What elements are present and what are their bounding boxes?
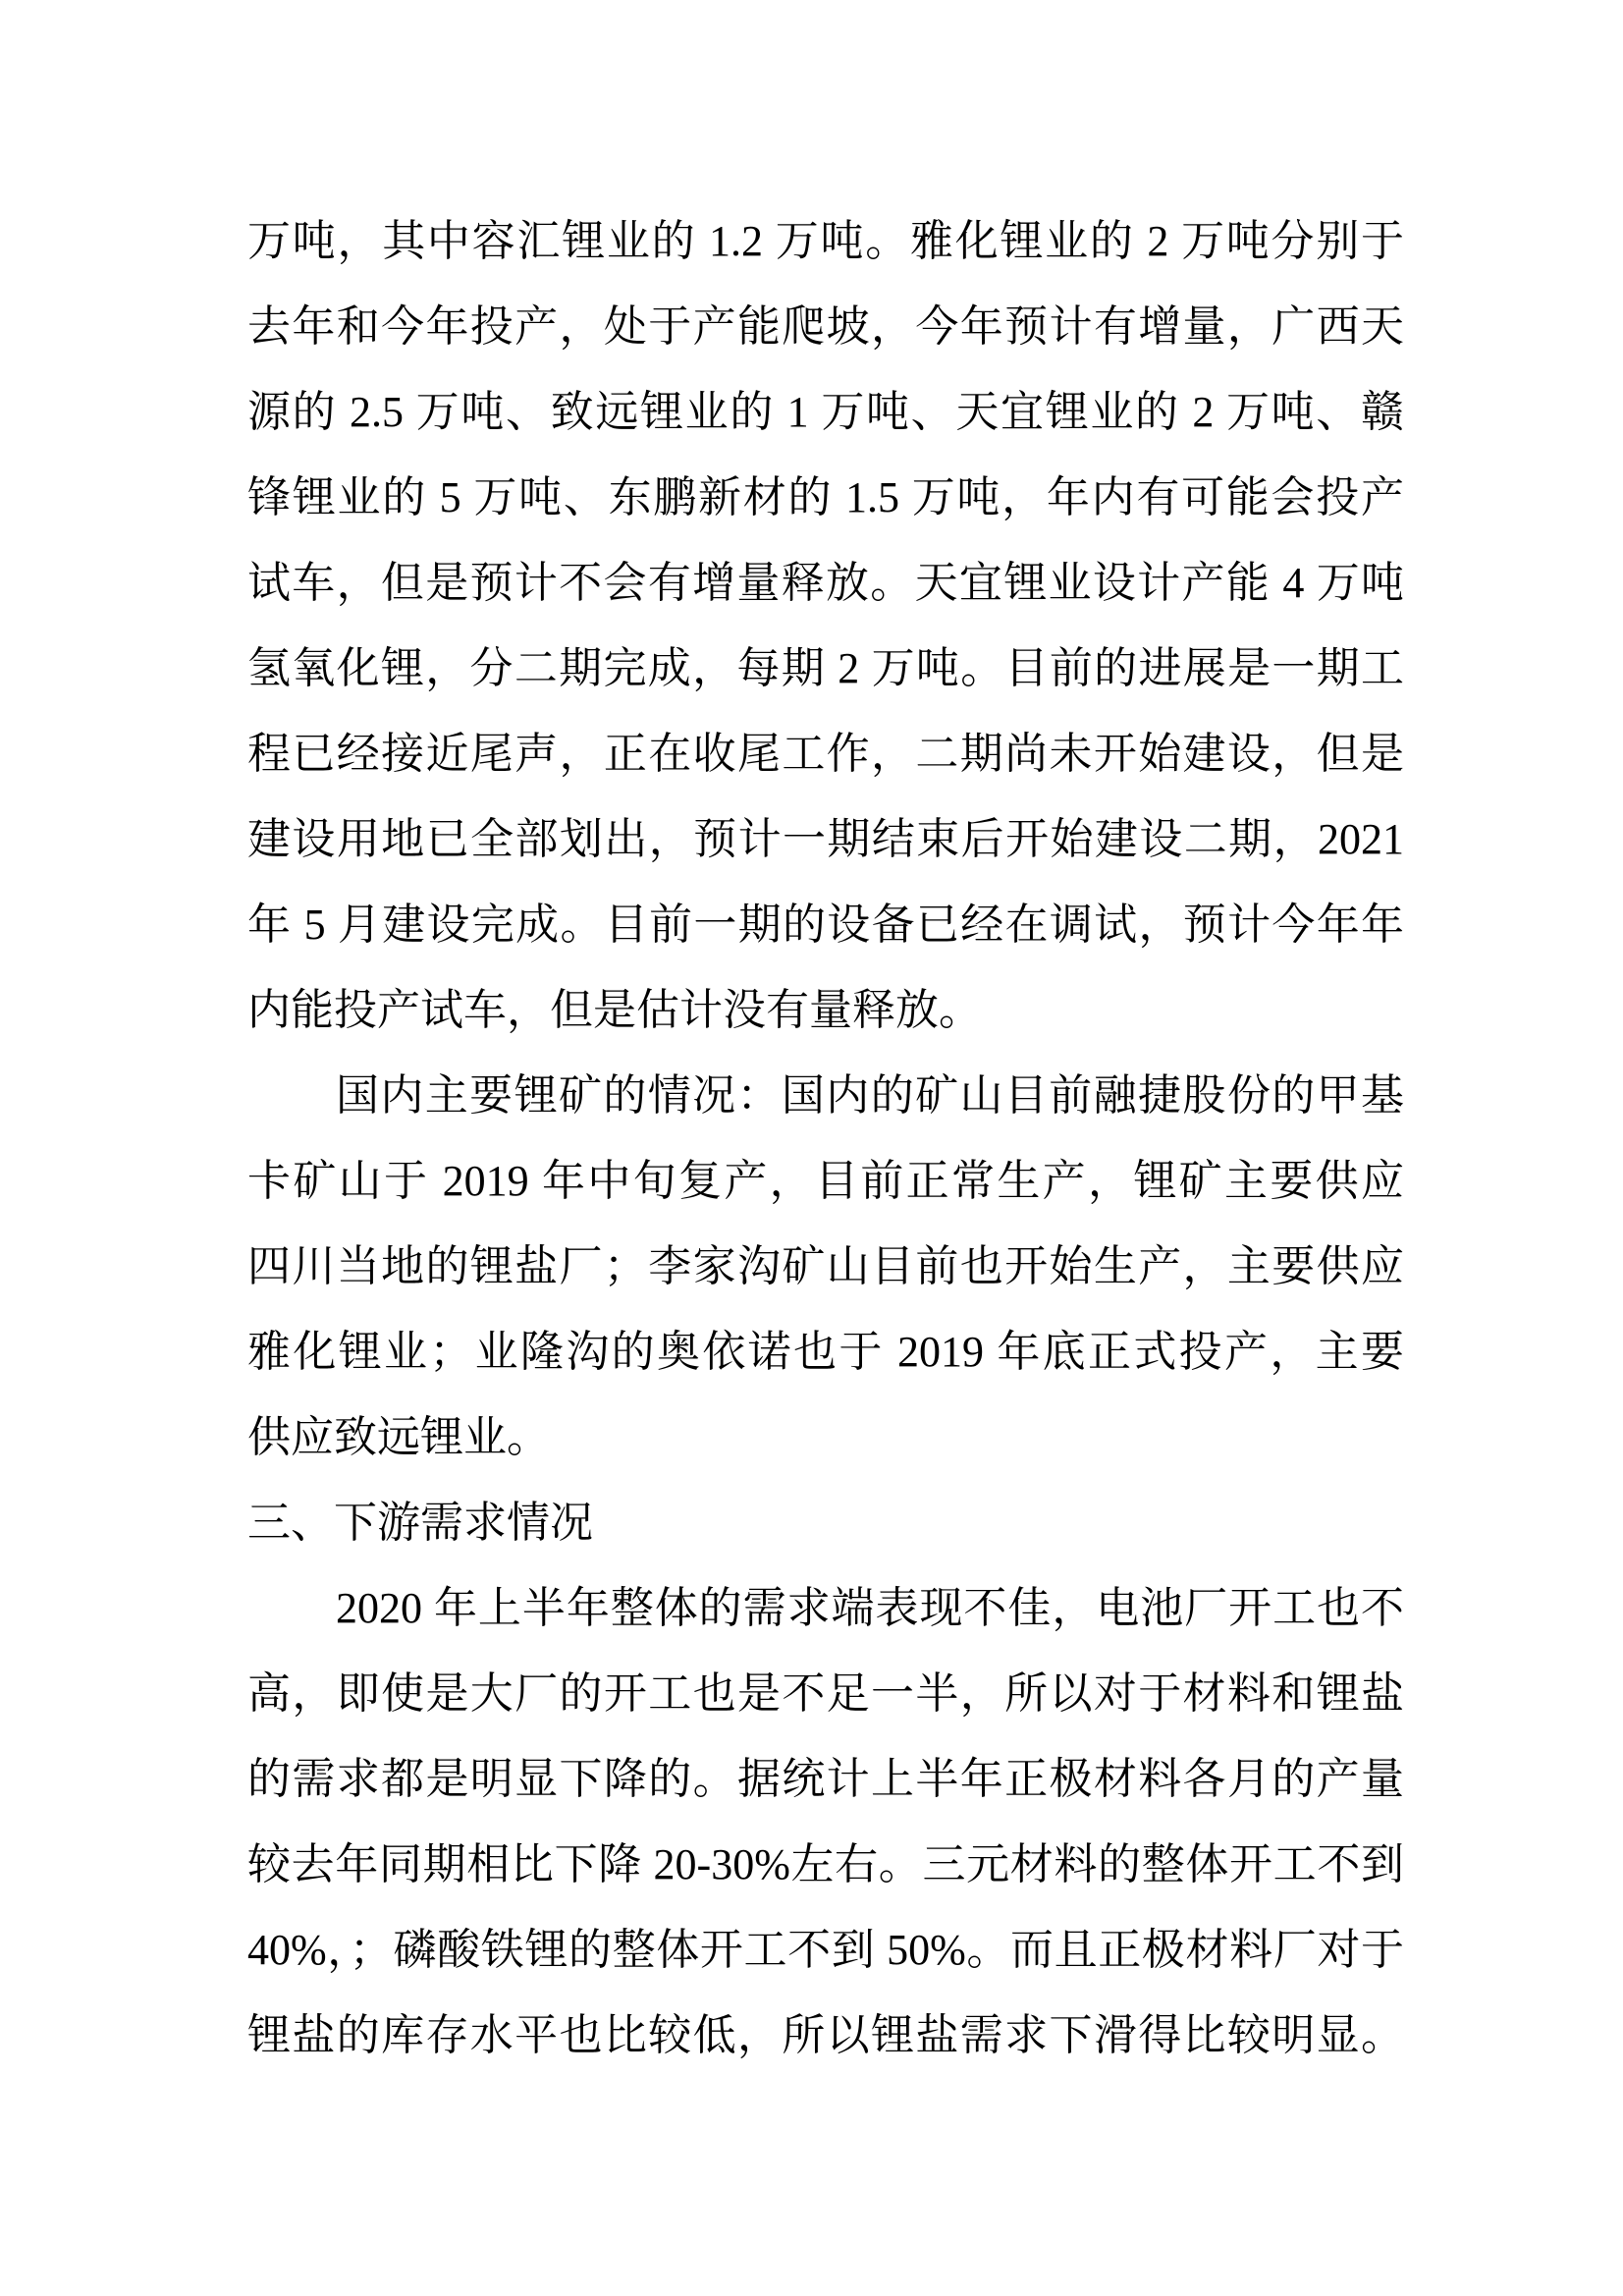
text-line: 四川当地的锂盐厂；李家沟矿山目前也开始生产，主要供应 bbox=[247, 1224, 1404, 1309]
text-line: 高，即使是大厂的开工也是不足一半，所以对于材料和锂盐 bbox=[247, 1651, 1404, 1736]
text-line: 国内主要锂矿的情况：国内的矿山目前融捷股份的甲基 bbox=[247, 1053, 1404, 1138]
text-line: 年 5 月建设完成。目前一期的设备已经在调试，预计今年年 bbox=[247, 882, 1404, 967]
text-line: 2020 年上半年整体的需求端表现不佳，电池厂开工也不 bbox=[247, 1565, 1404, 1651]
text-line: 氢氧化锂，分二期完成，每期 2 万吨。目前的进展是一期工 bbox=[247, 626, 1404, 711]
document-body: 万吨，其中容汇锂业的 1.2 万吨。雅化锂业的 2 万吨分别于去年和今年投产，处… bbox=[247, 198, 1404, 2078]
section-heading: 三、下游需求情况 bbox=[247, 1480, 1404, 1565]
text-line: 卡矿山于 2019 年中旬复产，目前正常生产，锂矿主要供应 bbox=[247, 1138, 1404, 1224]
text-line: 试车，但是预计不会有增量释放。天宜锂业设计产能 4 万吨 bbox=[247, 540, 1404, 626]
text-line: 内能投产试车，但是估计没有量释放。 bbox=[247, 967, 1404, 1053]
text-line: 供应致远锂业。 bbox=[247, 1394, 1404, 1480]
text-line: 程已经接近尾声，正在收尾工作，二期尚未开始建设，但是 bbox=[247, 711, 1404, 796]
text-line: 较去年同期相比下降 20-30%左右。三元材料的整体开工不到 bbox=[247, 1822, 1404, 1907]
text-line: 40%，；磷酸铁锂的整体开工不到 50%。而且正极材料厂对于 bbox=[247, 1907, 1404, 1993]
text-line: 锋锂业的 5 万吨、东鹏新材的 1.5 万吨，年内有可能会投产 bbox=[247, 455, 1404, 540]
text-line: 锂盐的库存水平也比较低，所以锂盐需求下滑得比较明显。 bbox=[247, 1993, 1404, 2078]
text-line: 源的 2.5 万吨、致远锂业的 1 万吨、天宜锂业的 2 万吨、赣 bbox=[247, 369, 1404, 455]
text-line: 去年和今年投产，处于产能爬坡，今年预计有增量，广西天 bbox=[247, 284, 1404, 369]
text-line: 万吨，其中容汇锂业的 1.2 万吨。雅化锂业的 2 万吨分别于 bbox=[247, 198, 1404, 284]
text-line: 的需求都是明显下降的。据统计上半年正极材料各月的产量 bbox=[247, 1736, 1404, 1822]
text-line: 雅化锂业；业隆沟的奥依诺也于 2019 年底正式投产，主要 bbox=[247, 1309, 1404, 1394]
text-line: 建设用地已全部划出，预计一期结束后开始建设二期，2021 bbox=[247, 796, 1404, 882]
document-page: 万吨，其中容汇锂业的 1.2 万吨。雅化锂业的 2 万吨分别于去年和今年投产，处… bbox=[0, 0, 1623, 2296]
